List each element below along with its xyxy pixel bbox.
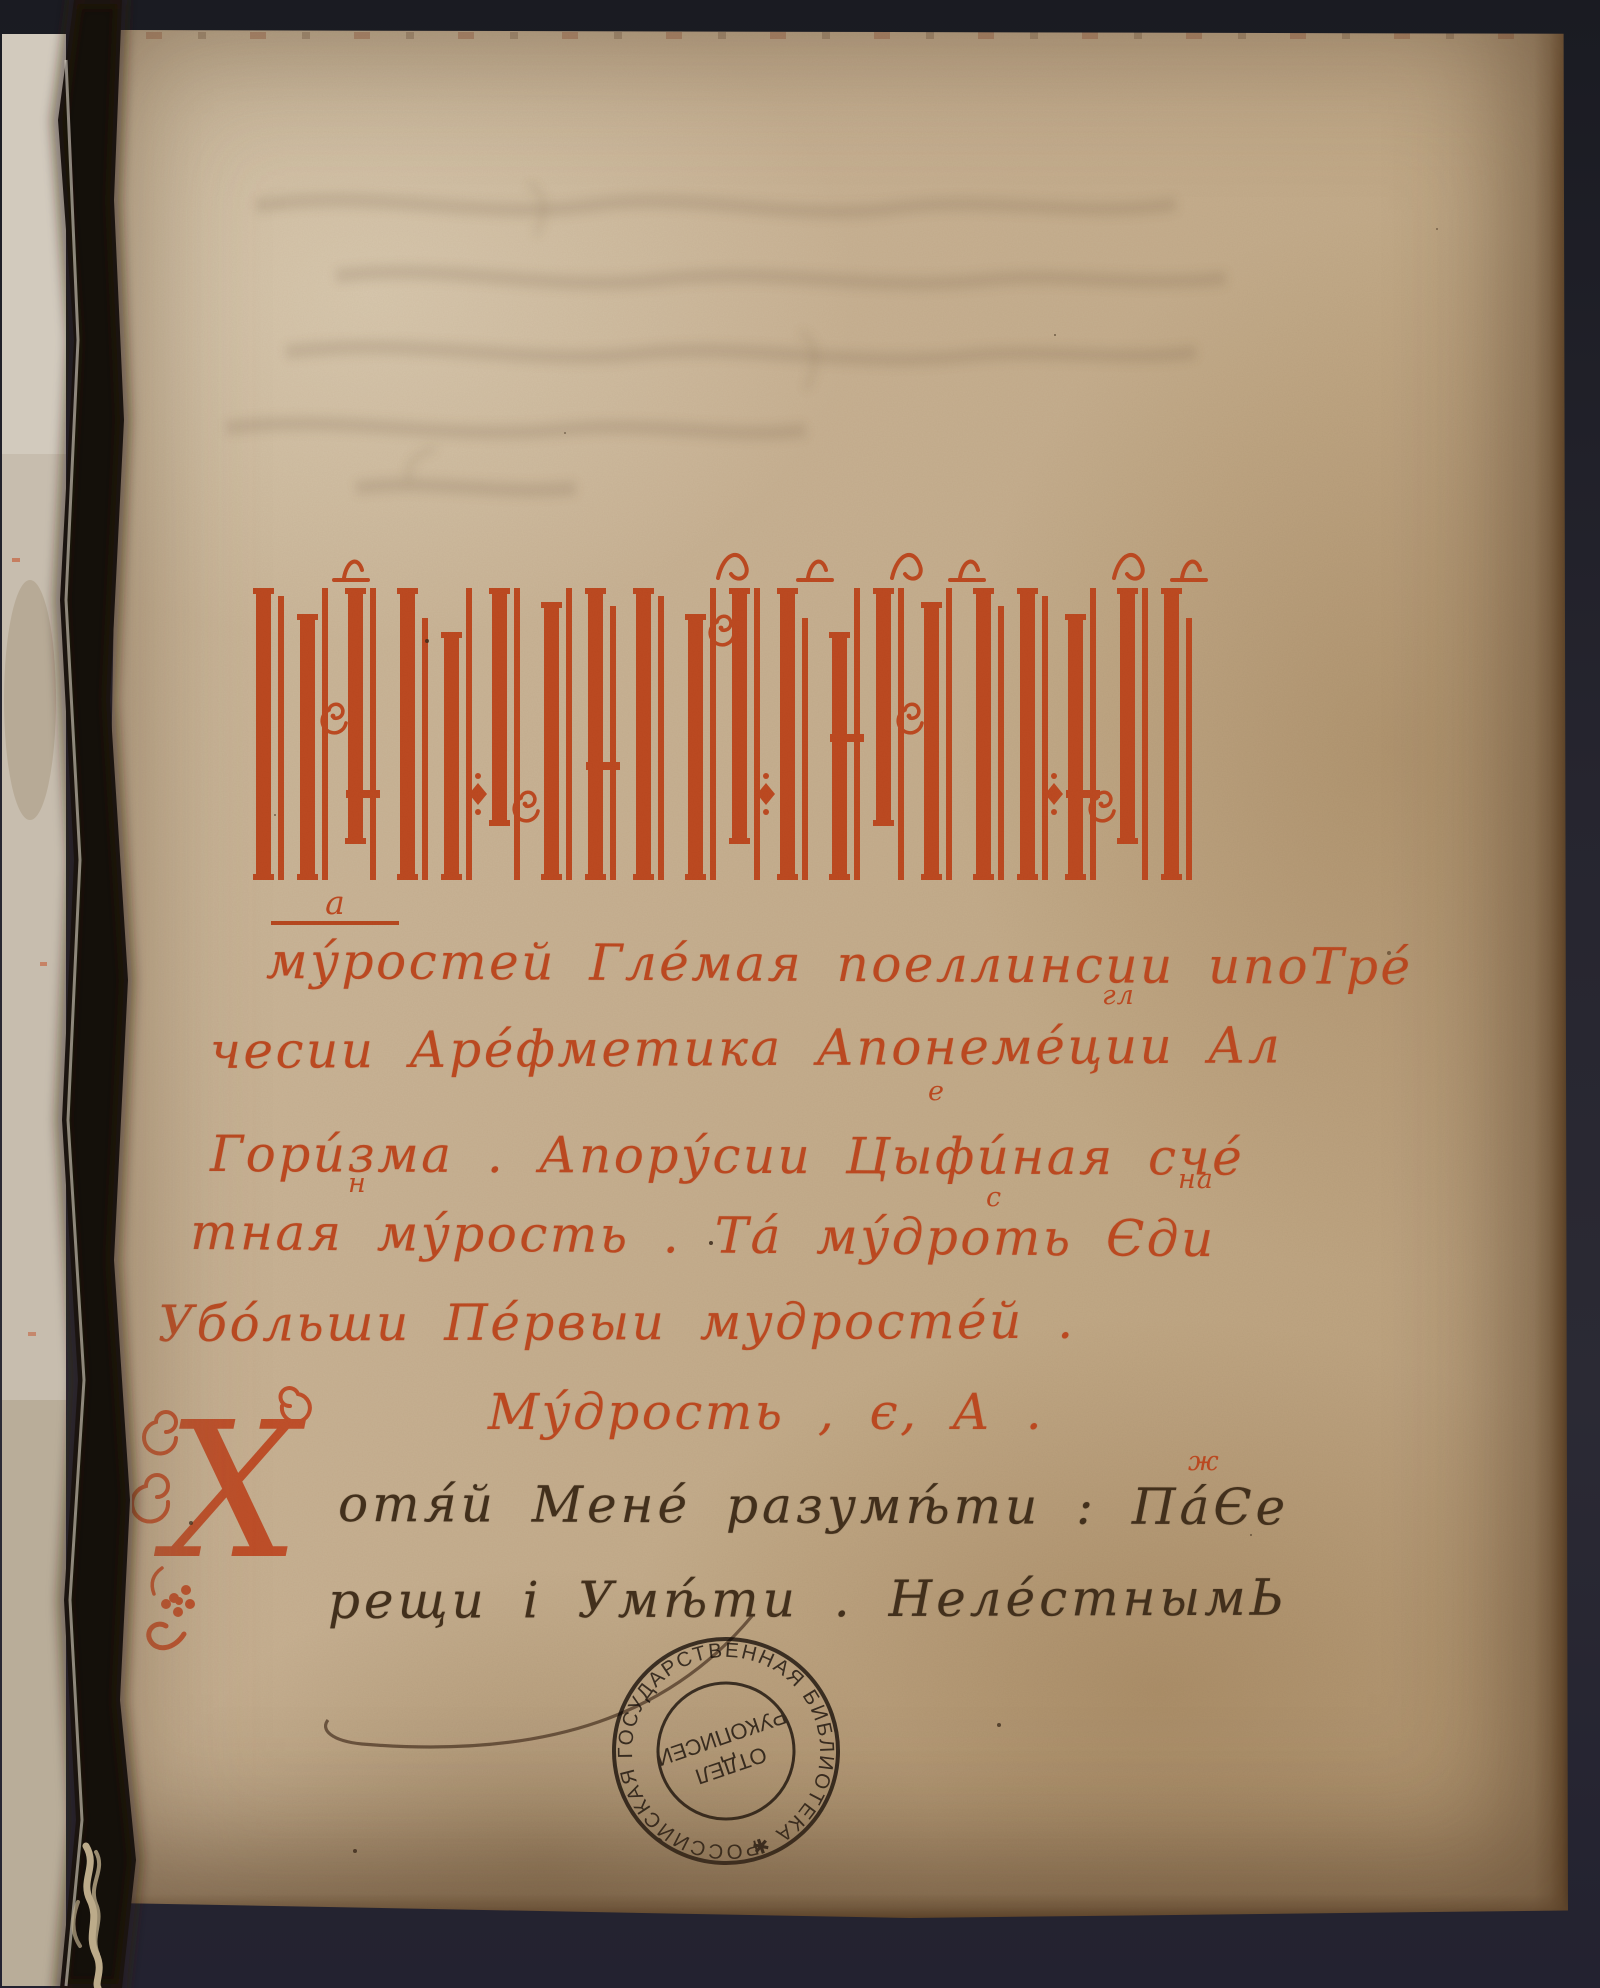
manuscript-line: отя́й Мене́ разумѣ́ти : Па́Єе — [338, 1478, 1289, 1534]
manuscript-line: Убо́льши Пе́рвыи мудросте́й . — [158, 1295, 1076, 1351]
superscript-mark: с — [986, 1184, 1002, 1211]
manuscript-page: а му́ростей Гле́мая поеллинсии ипоТре́ ч… — [106, 30, 1568, 1918]
page-top-edge-flecks — [146, 32, 1548, 39]
page-bottom-edge — [106, 1894, 1568, 1918]
superscript-mark: на — [1178, 1166, 1214, 1193]
superscript-mark: н — [348, 1170, 367, 1197]
headpiece-vyaz — [250, 530, 1230, 880]
superscript-mark: е — [928, 1078, 945, 1105]
manuscript-line: чесии Аре́фметика Апонеме́ции Ал — [210, 1019, 1283, 1077]
svg-text:РОССИЙСКАЯ ГОСУДАРСТВЕННАЯ БИБ: РОССИЙСКАЯ ГОСУДАРСТВЕННАЯ БИБЛИОТЕКА ✱ — [590, 1615, 862, 1887]
manuscript-line: му́ростей Гле́мая поеллинсии ипоТре́ — [266, 935, 1413, 994]
stamp-outer-text: РОССИЙСКАЯ ГОСУДАРСТВЕННАЯ БИБЛИОТЕКА ✱ — [590, 1615, 862, 1887]
manuscript-line: тная му́рость . Та́ му́дроть Єди — [190, 1206, 1216, 1266]
chapter-mark: а — [271, 886, 399, 925]
page-fore-edge — [1534, 30, 1568, 1918]
ornate-initial: Х — [166, 1398, 300, 1586]
binding-gutter — [0, 0, 170, 1988]
library-stamp: РОССИЙСКАЯ ГОСУДАРСТВЕННАЯ БИБЛИОТЕКА ✱ … — [590, 1615, 862, 1887]
manuscript-line: Му́дрость , є, А . — [406, 1386, 1126, 1439]
photo-background: а му́ростей Гле́мая поеллинсии ипоТре́ ч… — [0, 0, 1600, 1988]
superscript-mark: гл — [1102, 982, 1135, 1009]
superscript-mark: ж — [1188, 1448, 1220, 1475]
